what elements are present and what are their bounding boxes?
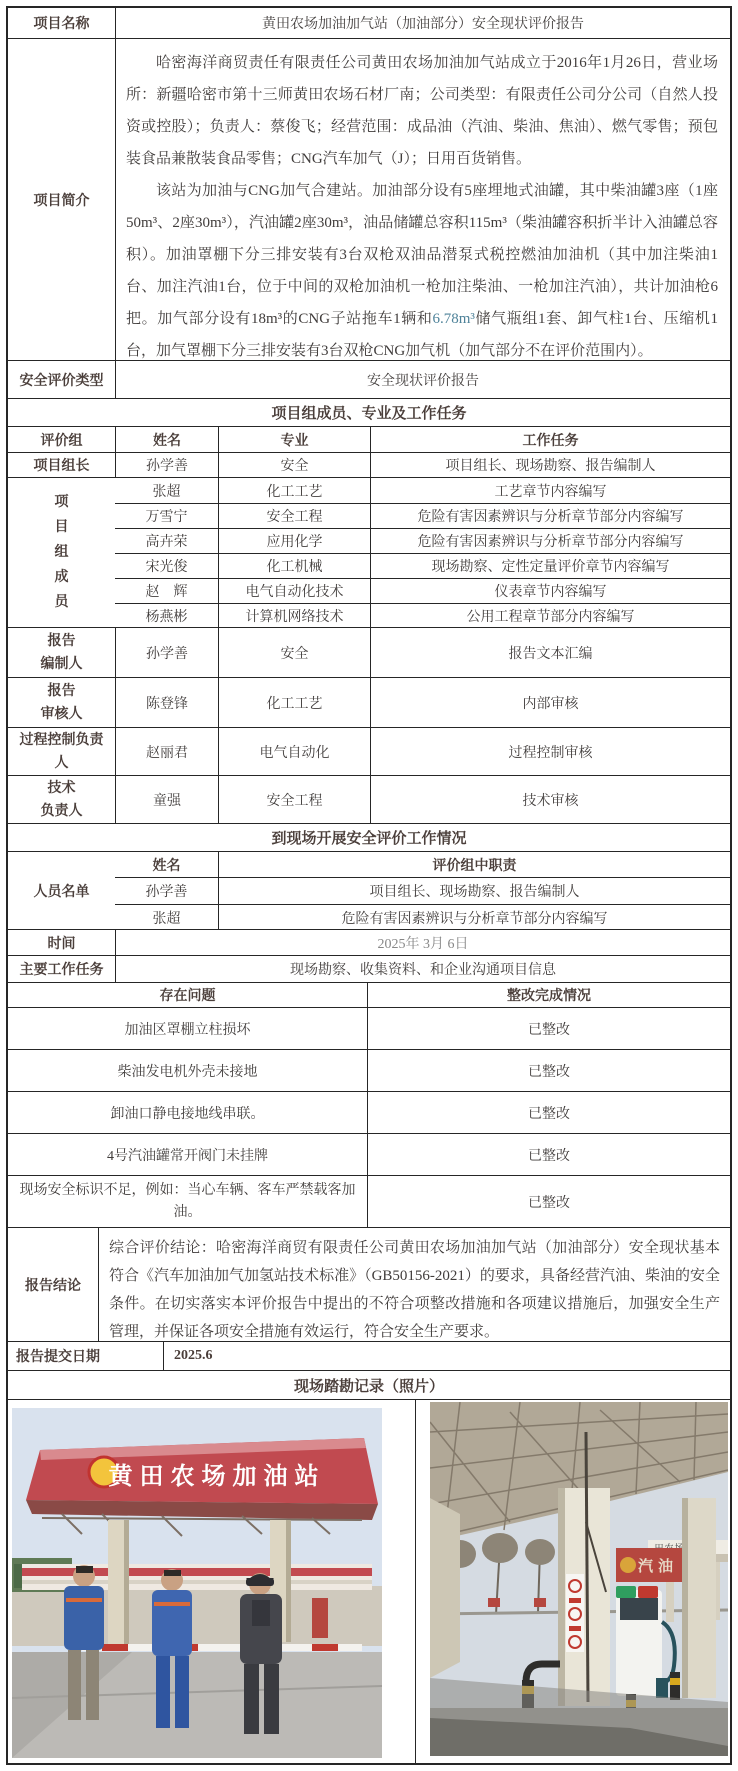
role-row-technical: 技术 负责人 童强 安全工程 技术审核 xyxy=(8,775,730,823)
issue-problem: 现场安全标识不足，例如：当心车辆、客车严禁载客加油。 xyxy=(8,1176,367,1227)
team-leader-row: 项目组长 孙学善 安全 项目组长、现场勘察、报告编制人 xyxy=(8,452,730,477)
pillar-sign-text: 汽油 xyxy=(638,1557,678,1575)
role-name: 陈登锋 xyxy=(115,678,218,727)
issue-status: 已整改 xyxy=(367,1092,730,1133)
member-task: 现场勘察、定性定量评价章节内容编写 xyxy=(370,554,730,578)
leader-label: 项目组长 xyxy=(8,453,115,477)
role-label: 过程控制负责 人 xyxy=(8,728,115,775)
member-major: 计算机网络技术 xyxy=(218,604,370,628)
leader-task: 项目组长、现场勘察、报告编制人 xyxy=(370,453,730,477)
role-major: 安全工程 xyxy=(218,776,370,823)
project-intro-label: 项目简介 xyxy=(8,39,115,360)
main-task-value: 现场勘察、收集资料、和企业沟通项目信息 xyxy=(115,956,730,982)
project-intro-text: 哈密海洋商贸责任有限责任公司黄田农场加油加气站成立于2016年1月26日，营业场… xyxy=(115,39,730,360)
site-people-block: 人员名单 姓名 评价组中职责 孙学善 项目组长、现场勘察、报告编制人 张超 危险… xyxy=(8,851,730,929)
issue-problem: 4号汽油罐常开阀门未挂牌 xyxy=(8,1134,367,1175)
conclusion-row: 报告结论 综合评价结论：哈密海洋商贸有限责任公司黄田农场加油加气站（加油部分）安… xyxy=(8,1227,730,1341)
people-columns-row: 姓名 评价组中职责 xyxy=(115,852,730,877)
issue-status: 已整改 xyxy=(367,1050,730,1091)
member-name: 万雪宁 xyxy=(115,504,218,528)
col-major: 专业 xyxy=(218,427,370,452)
role-row-process-control: 过程控制负责 人 赵丽君 电气自动化 过程控制审核 xyxy=(8,727,730,775)
project-name-value: 黄田农场加油加气站（加油部分）安全现状评价报告 xyxy=(115,8,730,38)
members-label: 项 目 组 成 员 xyxy=(8,478,115,627)
col-task: 工作任务 xyxy=(370,427,730,452)
conclusion-text: 综合评价结论：哈密海洋商贸有限责任公司黄田农场加油加气站（加油部分）安全现状基本… xyxy=(98,1228,730,1341)
issue-problem: 卸油口静电接地线串联。 xyxy=(8,1092,367,1133)
issue-status: 已整改 xyxy=(367,1008,730,1049)
col-name: 姓名 xyxy=(115,427,218,452)
people-col-duty: 评价组中职责 xyxy=(218,852,730,877)
role-task: 技术审核 xyxy=(370,776,730,823)
issue-problem: 加油区罩棚立柱损坏 xyxy=(8,1008,367,1049)
time-label: 时间 xyxy=(8,930,115,955)
member-task: 公用工程章节部分内容编写 xyxy=(370,604,730,628)
member-name: 杨燕彬 xyxy=(115,604,218,628)
team-header-row: 项目组成员、专业及工作任务 xyxy=(8,398,730,426)
member-major: 电气自动化技术 xyxy=(218,579,370,603)
member-name: 张超 xyxy=(115,478,218,503)
project-name-label: 项目名称 xyxy=(8,8,115,38)
role-task: 内部审核 xyxy=(370,678,730,727)
role-label: 报告 编制人 xyxy=(8,628,115,677)
member-row: 张超 化工工艺 工艺章节内容编写 xyxy=(115,478,730,503)
role-major: 化工工艺 xyxy=(218,678,370,727)
issues-col-status: 整改完成情况 xyxy=(367,983,730,1007)
photos-header-row: 现场踏勘记录（照片） xyxy=(8,1370,730,1399)
member-task: 工艺章节内容编写 xyxy=(370,478,730,503)
team-header: 项目组成员、专业及工作任务 xyxy=(8,399,730,426)
member-task: 危险有害因素辨识与分析章节部分内容编写 xyxy=(370,504,730,528)
issue-status: 已整改 xyxy=(367,1134,730,1175)
photo-left-cell: 黄田农场加油站 xyxy=(8,1400,415,1763)
member-row: 万雪宁 安全工程 危险有害因素辨识与分析章节部分内容编写 xyxy=(115,503,730,528)
leader-name: 孙学善 xyxy=(115,453,218,477)
eval-type-row: 安全评价类型 安全现状评价报告 xyxy=(8,360,730,398)
people-col-name: 姓名 xyxy=(115,852,218,877)
role-row-reviewer: 报告 审核人 陈登锋 化工工艺 内部审核 xyxy=(8,677,730,727)
people-rows: 姓名 评价组中职责 孙学善 项目组长、现场勘察、报告编制人 张超 危险有害因素辨… xyxy=(115,852,730,929)
intro-paragraph-2-part1: 该站为加油与CNG加气合建站。加油部分设有5座埋地式油罐，其中柴油罐3座（1座5… xyxy=(126,183,718,327)
issue-row: 加油区罩棚立柱损坏 已整改 xyxy=(8,1007,730,1049)
submit-date-label: 报告提交日期 xyxy=(8,1342,163,1370)
role-row-compiler: 报告 编制人 孙学善 安全 报告文本汇编 xyxy=(8,627,730,677)
issue-row: 柴油发电机外壳未接地 已整改 xyxy=(8,1049,730,1091)
member-name: 赵 辉 xyxy=(115,579,218,603)
member-major: 化工机械 xyxy=(218,554,370,578)
role-name: 童强 xyxy=(115,776,218,823)
people-row: 孙学善 项目组长、现场勘察、报告编制人 xyxy=(115,877,730,904)
people-row: 张超 危险有害因素辨识与分析章节部分内容编写 xyxy=(115,904,730,930)
main-task-row: 主要工作任务 现场勘察、收集资料、和企业沟通项目信息 xyxy=(8,955,730,982)
time-value: 2025年 3月 6日 xyxy=(115,930,730,955)
role-label: 报告 审核人 xyxy=(8,678,115,727)
member-name: 宋光俊 xyxy=(115,554,218,578)
photos-header: 现场踏勘记录（照片） xyxy=(8,1371,730,1399)
team-members-block: 项 目 组 成 员 张超 化工工艺 工艺章节内容编写 万雪宁 安全工程 危险有害… xyxy=(8,477,730,627)
site-photo-station-front: 黄田农场加油站 xyxy=(12,1408,382,1758)
intro-paragraph-2: 该站为加油与CNG加气合建站。加油部分设有5座埋地式油罐，其中柴油罐3座（1座5… xyxy=(126,175,718,360)
main-task-label: 主要工作任务 xyxy=(8,956,115,982)
conclusion-label: 报告结论 xyxy=(8,1228,98,1341)
submit-date-row: 报告提交日期 2025.6 xyxy=(8,1341,730,1370)
person-duty: 危险有害因素辨识与分析章节部分内容编写 xyxy=(218,905,730,930)
project-intro-row: 项目简介 哈密海洋商贸责任有限责任公司黄田农场加油加气站成立于2016年1月26… xyxy=(8,38,730,360)
members-rows: 张超 化工工艺 工艺章节内容编写 万雪宁 安全工程 危险有害因素辨识与分析章节部… xyxy=(115,478,730,627)
site-header-row: 到现场开展安全评价工作情况 xyxy=(8,823,730,851)
person-name: 张超 xyxy=(115,905,218,930)
member-task: 仪表章节内容编写 xyxy=(370,579,730,603)
member-task: 危险有害因素辨识与分析章节部分内容编写 xyxy=(370,529,730,553)
member-major: 安全工程 xyxy=(218,504,370,528)
issue-row: 4号汽油罐常开阀门未挂牌 已整改 xyxy=(8,1133,730,1175)
role-name: 赵丽君 xyxy=(115,728,218,775)
photos-row: 黄田农场加油站 xyxy=(8,1399,730,1763)
leader-major: 安全 xyxy=(218,453,370,477)
issues-columns-row: 存在问题 整改完成情况 xyxy=(8,982,730,1007)
role-name: 孙学善 xyxy=(115,628,218,677)
canopy-sign-text: 黄田农场加油站 xyxy=(109,1463,326,1490)
site-photo-dispenser: 田农场CNG站 xyxy=(430,1402,728,1756)
project-name-row: 项目名称 黄田农场加油加气站（加油部分）安全现状评价报告 xyxy=(8,8,730,38)
team-columns-row: 评价组 姓名 专业 工作任务 xyxy=(8,426,730,452)
issues-col-problem: 存在问题 xyxy=(8,983,367,1007)
member-row: 赵 辉 电气自动化技术 仪表章节内容编写 xyxy=(115,578,730,603)
person-duty: 项目组长、现场勘察、报告编制人 xyxy=(218,878,730,904)
issue-row: 卸油口静电接地线串联。 已整改 xyxy=(8,1091,730,1133)
eval-type-value: 安全现状评价报告 xyxy=(115,361,730,398)
role-task: 过程控制审核 xyxy=(370,728,730,775)
issue-row: 现场安全标识不足，例如：当心车辆、客车严禁载客加油。 已整改 xyxy=(8,1175,730,1227)
site-header: 到现场开展安全评价工作情况 xyxy=(8,824,730,851)
intro-paragraph-1: 哈密海洋商贸责任有限责任公司黄田农场加油加气站成立于2016年1月26日，营业场… xyxy=(126,47,718,175)
eval-type-label: 安全评价类型 xyxy=(8,361,115,398)
report-table: 项目名称 黄田农场加油加气站（加油部分）安全现状评价报告 项目简介 哈密海洋商贸… xyxy=(6,6,732,1765)
role-major: 电气自动化 xyxy=(218,728,370,775)
issue-status: 已整改 xyxy=(367,1176,730,1227)
people-list-label: 人员名单 xyxy=(8,852,115,929)
role-label: 技术 负责人 xyxy=(8,776,115,823)
time-row: 时间 2025年 3月 6日 xyxy=(8,929,730,955)
role-major: 安全 xyxy=(218,628,370,677)
person-name: 孙学善 xyxy=(115,878,218,904)
member-row: 杨燕彬 计算机网络技术 公用工程章节部分内容编写 xyxy=(115,603,730,628)
member-major: 应用化学 xyxy=(218,529,370,553)
intro-paragraph-2-highlight: 6.78m³ xyxy=(433,311,475,327)
member-row: 宋光俊 化工机械 现场勘察、定性定量评价章节内容编写 xyxy=(115,553,730,578)
photo-right-cell: 田农场CNG站 xyxy=(415,1400,730,1763)
member-name: 高卉荣 xyxy=(115,529,218,553)
role-task: 报告文本汇编 xyxy=(370,628,730,677)
col-group: 评价组 xyxy=(8,427,115,452)
submit-date-value: 2025.6 xyxy=(163,1342,730,1370)
report-page: 项目名称 黄田农场加油加气站（加油部分）安全现状评价报告 项目简介 哈密海洋商贸… xyxy=(0,0,738,1771)
issue-problem: 柴油发电机外壳未接地 xyxy=(8,1050,367,1091)
member-row: 高卉荣 应用化学 危险有害因素辨识与分析章节部分内容编写 xyxy=(115,528,730,553)
member-major: 化工工艺 xyxy=(218,478,370,503)
